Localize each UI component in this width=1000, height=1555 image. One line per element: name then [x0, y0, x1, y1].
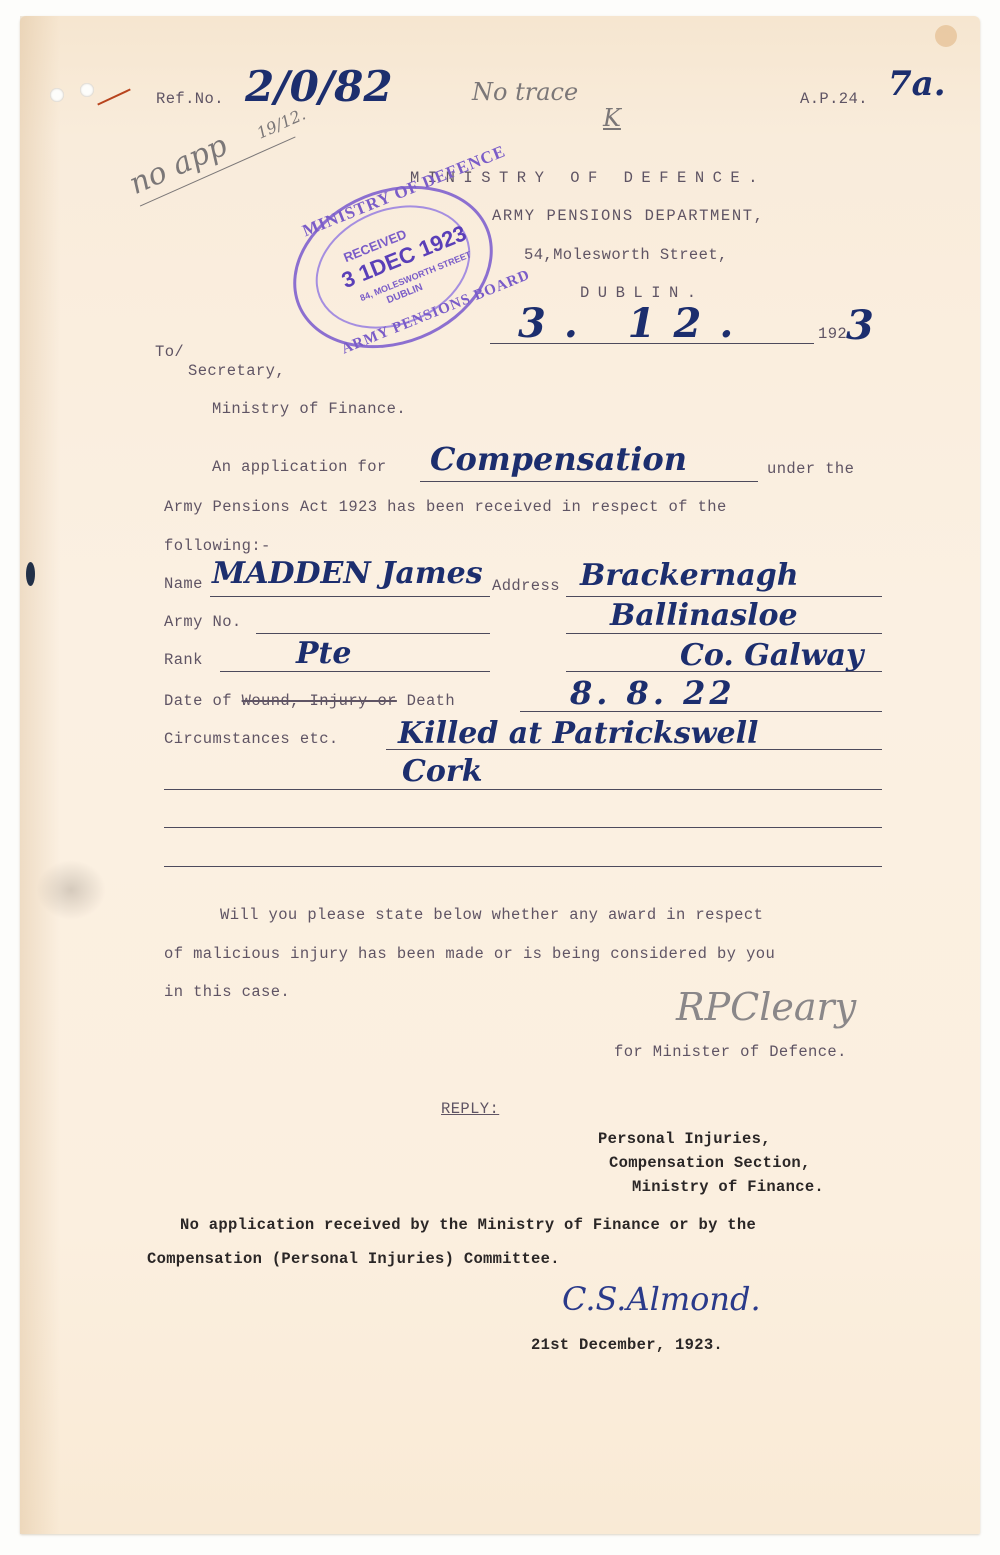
request-line-1: Will you please state below whether any …	[220, 906, 763, 924]
department-address: 54,Molesworth Street,	[524, 246, 728, 264]
address-line-1: Brackernagh	[580, 558, 799, 593]
reply-from-line-3: Ministry of Finance.	[632, 1178, 824, 1196]
to-label: To/	[155, 343, 184, 361]
body-intro-start: An application for	[212, 458, 387, 476]
army-no-line	[256, 633, 490, 634]
request-line-3: in this case.	[164, 983, 290, 1001]
blank-line	[164, 827, 882, 828]
blank-line	[164, 866, 882, 867]
addressee-org: Ministry of Finance.	[212, 400, 406, 418]
signatory-title: for Minister of Defence.	[614, 1043, 847, 1061]
body-line-3: following:-	[164, 537, 271, 555]
address-line-3-underline	[566, 671, 882, 672]
letter-date: 3. 12.	[518, 300, 751, 347]
date-label: Date of Wound, Injury or Death	[164, 692, 455, 710]
address-line-2-underline	[566, 633, 882, 634]
punch-hole	[80, 83, 94, 97]
ref-label: Ref.No.	[156, 90, 224, 108]
rank-label: Rank	[164, 651, 203, 669]
addressee-title: Secretary,	[188, 362, 285, 380]
reply-text-line-2: Compensation (Personal Injuries) Committ…	[147, 1250, 560, 1268]
circumstances-line-1: Killed at Patrickswell	[398, 716, 758, 751]
ap-label: A.P.24.	[800, 90, 868, 108]
stain	[935, 25, 957, 47]
date-label-struck: Wound, Injury or	[242, 692, 397, 710]
smudge	[36, 860, 106, 920]
department-heading: ARMY PENSIONS DEPARTMENT,	[492, 207, 765, 225]
reply-heading: REPLY:	[441, 1100, 499, 1118]
address-line-2: Ballinasloe	[610, 598, 798, 633]
pencil-initials: K	[603, 104, 621, 132]
date-label-suffix: Death	[407, 692, 456, 710]
name-label: Name	[164, 575, 203, 593]
name-value: MADDEN James	[212, 556, 483, 591]
date-label-prefix: Date of	[164, 692, 232, 710]
ink-blot	[26, 562, 35, 586]
circumstances-line-2-underline	[164, 789, 882, 790]
circumstances-label: Circumstances etc.	[164, 730, 339, 748]
rank-line	[220, 671, 490, 672]
date-value-line	[520, 711, 882, 712]
circumstances-line-2: Cork	[402, 754, 482, 789]
body-line-2: Army Pensions Act 1923 has been received…	[164, 498, 727, 516]
body-intro-end: under the	[767, 460, 854, 478]
rank-value: Pte	[296, 636, 352, 671]
reply-from-line-2: Compensation Section,	[609, 1154, 811, 1172]
date-line	[490, 343, 814, 344]
cleary-signature: RPCleary	[676, 985, 856, 1029]
document-page	[20, 16, 980, 1534]
pencil-note: No trace	[472, 78, 578, 106]
almond-signature: C.S.Almond.	[562, 1280, 761, 1318]
address-label: Address	[492, 577, 560, 595]
date-value: 8. 8. 22	[570, 674, 736, 712]
ap-number: 7a.	[888, 64, 946, 104]
application-type-line	[420, 481, 758, 482]
army-no-label: Army No.	[164, 613, 242, 631]
name-line	[210, 596, 490, 597]
ref-number: 2/0/82	[245, 62, 393, 111]
address-line-3: Co. Galway	[680, 638, 863, 673]
application-type: Compensation	[430, 440, 687, 478]
request-line-2: of malicious injury has been made or is …	[164, 945, 775, 963]
year-prefix: 192	[818, 325, 847, 343]
reply-text-line-1: No application received by the Ministry …	[180, 1216, 756, 1234]
punch-hole	[50, 88, 64, 102]
address-line-1-underline	[566, 596, 882, 597]
year-suffix: 3	[846, 302, 874, 349]
circumstances-line-1-underline	[386, 749, 882, 750]
reply-from-line-1: Personal Injuries,	[598, 1130, 771, 1148]
reply-date: 21st December, 1923.	[531, 1336, 723, 1354]
